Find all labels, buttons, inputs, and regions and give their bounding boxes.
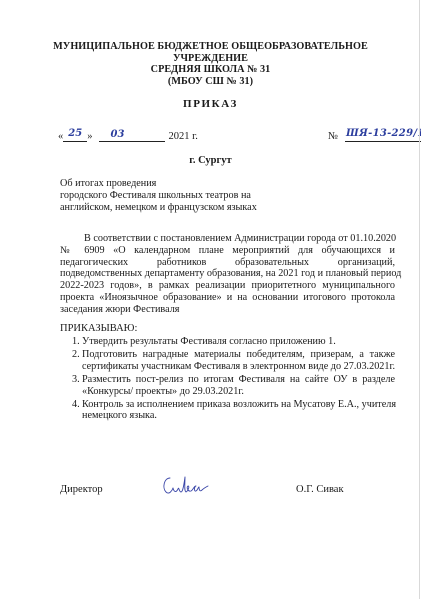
subject-line: Об итогах проведения xyxy=(60,178,257,190)
preamble-line: педагогических работников образовательны… xyxy=(60,257,395,269)
order-items-list: 1. Утвердить результаты Фестиваля соглас… xyxy=(72,336,395,424)
header-line: УЧРЕЖДЕНИЕ xyxy=(0,53,421,65)
item-text: немецкого языка. xyxy=(82,410,396,422)
item-text: Контроль за исполнением приказа возложит… xyxy=(82,399,396,411)
preamble-line: проекта «Иноязычное образование» и на ос… xyxy=(60,292,395,304)
preamble-paragraph: В соответствии с постановлением Админист… xyxy=(60,233,395,316)
signature-block: Директор О.Г. Сивак xyxy=(0,476,421,506)
header-line: МУНИЦИПАЛЬНОЕ БЮДЖЕТНОЕ ОБЩЕОБРАЗОВАТЕЛЬ… xyxy=(0,41,421,53)
number-label: № xyxy=(328,131,338,142)
document-title: ПРИКАЗ xyxy=(0,98,421,110)
page-edge-divider xyxy=(419,0,420,599)
item-number: 2. xyxy=(72,349,82,372)
signatory-name: О.Г. Сивак xyxy=(296,484,344,495)
item-text: Утвердить результаты Фестиваля согласно … xyxy=(82,336,395,348)
subject-line: английском, немецком и французском языка… xyxy=(60,202,257,214)
date-day: 25 xyxy=(63,129,87,142)
order-keyword: ПРИКАЗЫВАЮ: xyxy=(60,323,137,334)
number-value: ШЯ-13-229/1 xyxy=(345,129,421,142)
order-item: 1. Утвердить результаты Фестиваля соглас… xyxy=(72,336,395,348)
order-date: « 25 » 03 2021 г. xyxy=(58,129,198,142)
order-item: 4. Контроль за исполнением приказа возло… xyxy=(72,399,395,422)
preamble-line: подведомственных департаменту образовани… xyxy=(60,268,395,280)
subject-line: городского Фестиваля школьных театров на xyxy=(60,190,257,202)
order-item: 2. Подготовить наградные материалы побед… xyxy=(72,349,395,372)
date-month: 03 xyxy=(99,130,165,142)
preamble-line: заседания жюри Фестиваля xyxy=(60,304,395,316)
order-subject: Об итогах проведения городского Фестивал… xyxy=(60,178,257,213)
header-line: (МБОУ СШ № 31) xyxy=(0,76,421,88)
signatory-position: Директор xyxy=(60,484,103,495)
organization-header: МУНИЦИПАЛЬНОЕ БЮДЖЕТНОЕ ОБЩЕОБРАЗОВАТЕЛЬ… xyxy=(0,41,421,87)
item-text: «Конкурсы/ проекты» до 29.03.2021г. xyxy=(82,386,395,398)
item-number: 4. xyxy=(72,399,82,422)
order-number: № ШЯ-13-229/1 xyxy=(328,129,421,142)
preamble-line: 2022-2023 годов», в рамках реализации пр… xyxy=(60,280,395,292)
header-line: СРЕДНЯЯ ШКОЛА № 31 xyxy=(0,64,421,76)
date-year: 2021 г. xyxy=(169,131,198,142)
preamble-line: В соответствии с постановлением Админист… xyxy=(60,233,395,245)
document-page: МУНИЦИПАЛЬНОЕ БЮДЖЕТНОЕ ОБЩЕОБРАЗОВАТЕЛЬ… xyxy=(0,0,421,599)
city-label: г. Сургут xyxy=(0,155,421,166)
item-text: Разместить пост-релиз по итогам Фестивал… xyxy=(82,374,395,386)
item-number: 3. xyxy=(72,374,82,397)
handwritten-signature-icon xyxy=(160,472,210,500)
date-close-quote: » xyxy=(87,131,92,142)
order-item: 3. Разместить пост-релиз по итогам Фести… xyxy=(72,374,395,397)
preamble-line: № 6909 «О календарном плане мероприятий … xyxy=(60,245,395,257)
item-number: 1. xyxy=(72,336,82,348)
item-text: сертификаты участникам Фестиваля в элект… xyxy=(82,361,395,373)
item-text: Подготовить наградные материалы победите… xyxy=(82,349,395,361)
